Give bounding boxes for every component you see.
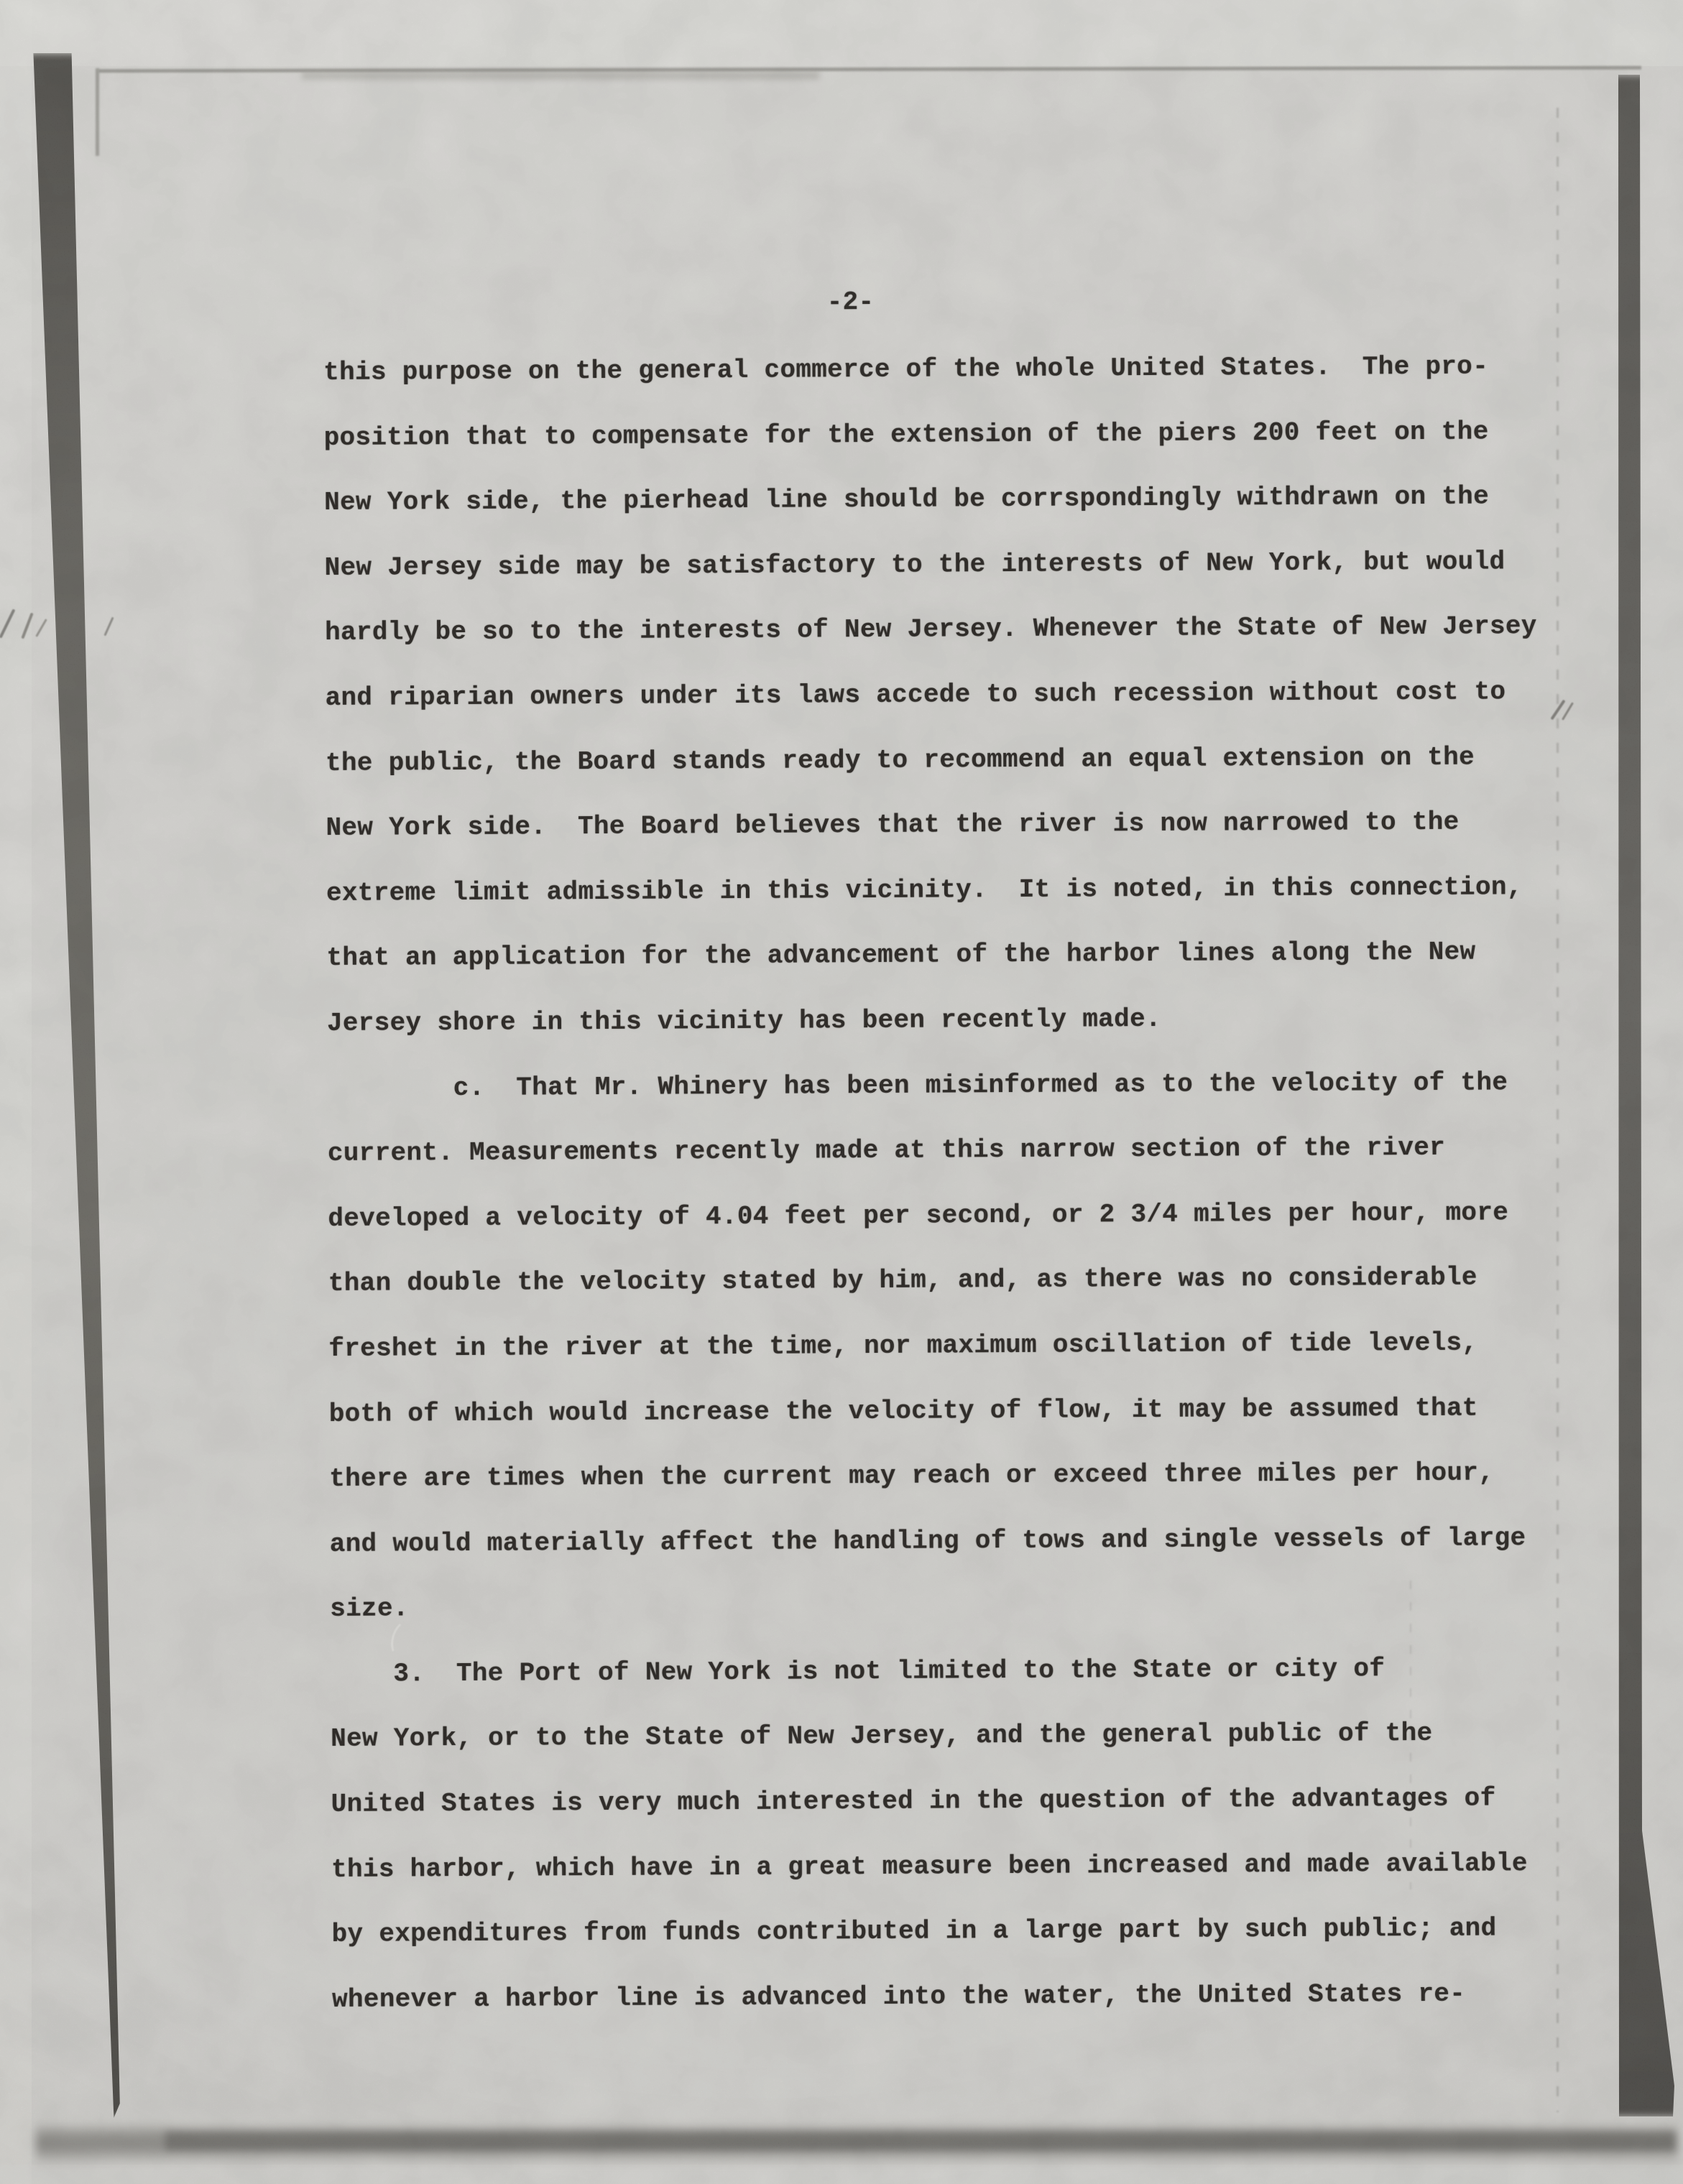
bottom-edge-shadow-core xyxy=(165,2132,1674,2150)
text-line: and would materially affect the handling… xyxy=(330,1505,1623,1577)
page-corner-fold-line xyxy=(96,68,99,156)
text-line: this harbor, which have in a great measu… xyxy=(331,1831,1625,1902)
text-line: there are times when the current may rea… xyxy=(329,1440,1623,1512)
text-line: current. Measurements recently made at t… xyxy=(328,1115,1621,1187)
left-edge-shadow xyxy=(27,53,128,2118)
text-line: than double the velocity stated by him, … xyxy=(328,1245,1622,1317)
text-line: extreme limit admissible in this vicinit… xyxy=(326,854,1620,926)
text-line: this purpose on the general commerce of … xyxy=(323,334,1617,406)
text-line: that an application for the advancement … xyxy=(326,920,1620,991)
text-line: New York, or to the State of New Jersey,… xyxy=(331,1701,1624,1772)
scanner-margin-top xyxy=(0,0,1683,66)
text-line: developed a velocity of 4.04 feet per se… xyxy=(328,1180,1621,1251)
text-line: New York side, the pierhead line should … xyxy=(324,464,1618,536)
text-line: and riparian owners under its laws acced… xyxy=(325,660,1618,731)
scanner-margin-bottom xyxy=(0,2165,1683,2184)
text-line: freshet in the river at the time, nor ma… xyxy=(328,1310,1622,1382)
text-line: whenever a harbor line is advanced into … xyxy=(332,1961,1626,2032)
document-scan: -2- this purpose on the general commerce… xyxy=(0,0,1683,2184)
text-line: by expenditures from funds contributed i… xyxy=(331,1896,1625,1968)
text-line: position that to compensate for the exte… xyxy=(323,399,1617,471)
text-line: the public, the Board stands ready to re… xyxy=(326,724,1619,796)
text-line: New Jersey side may be satisfactory to t… xyxy=(324,529,1618,601)
pencil-mark xyxy=(103,617,114,637)
pencil-mark xyxy=(35,619,47,637)
body-lines: this purpose on the general commerce of … xyxy=(323,334,1626,2033)
page-number: -2- xyxy=(826,270,874,336)
typewritten-text: -2- this purpose on the general commerce… xyxy=(323,334,1626,2033)
text-line: size. xyxy=(330,1570,1623,1642)
text-line: c. That Mr. Whinery has been misinformed… xyxy=(327,1050,1620,1121)
page-top-edge-smudge xyxy=(302,71,819,80)
text-line: United States is very much interested in… xyxy=(331,1766,1624,1838)
text-line: hardly be so to the interests of New Jer… xyxy=(325,594,1618,666)
text-line: 3. The Port of New York is not limited t… xyxy=(330,1635,1623,1707)
text-line: both of which would increase the velocit… xyxy=(329,1375,1623,1447)
scanner-margin-left xyxy=(0,0,32,2184)
text-line: Jersey shore in this vicinity has been r… xyxy=(327,985,1620,1057)
text-line: New York side. The Board believes that t… xyxy=(326,790,1619,861)
